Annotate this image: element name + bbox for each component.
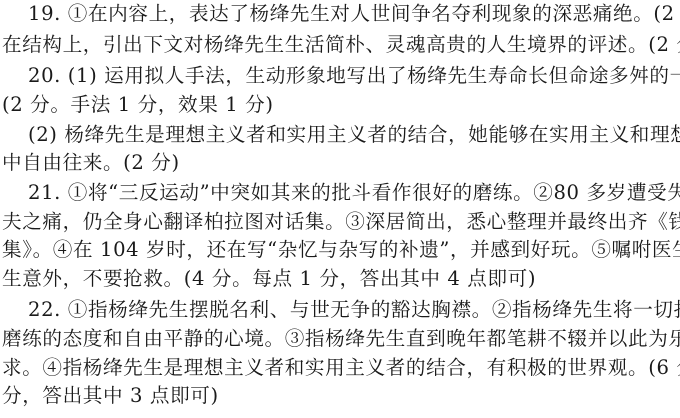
answer-20-part2-line-1: (2) 杨绛先生是理想主义者和实用主义者的结合，她能够在实用主义和理想主义 xyxy=(28,121,680,149)
answer-20-part1-line-1: 20. (1) 运用拟人手法，生动形象地写出了杨绛先生寿命长但命途多舛的一生。 xyxy=(28,62,680,90)
answer-22-line-3: 求。④指杨绛先生是理想主义者和实用主义者的结合，有积极的世界观。(6 分。每点 … xyxy=(2,354,680,382)
answer-19-line-2: 在结构上，引出下文对杨绛先生生活简朴、灵魂高贵的人生境界的评述。(2 分) xyxy=(2,31,680,59)
answer-19-line-1: 19. ①在内容上，表达了杨绛先生对人世间争名夺利现象的深恶痛绝。(2 分) ② xyxy=(28,0,680,28)
answer-22-line-2: 磨练的态度和自由平静的心境。③指杨绛先生直到晚年都笔耕不辍并以此为乐的价值追 xyxy=(2,325,680,353)
answer-21-line-3: 集》。④在 104 岁时，还在写“杂忆与杂写的补遗”，并感到好玩。⑤嘱咐医生，如… xyxy=(2,236,680,264)
answer-20-part2-line-2: 中自由往来。(2 分) xyxy=(2,149,180,177)
answer-22-line-1: 22. ①指杨绛先生摆脱名利、与世无争的豁达胸襟。②指杨绛先生将一切打击视为 xyxy=(28,296,680,324)
answer-21-line-1: 21. ①将“三反运动”中突如其来的批斗看作很好的磨练。②80 多岁遭受失女丧 xyxy=(28,179,680,207)
answer-21-line-4: 生意外，不要抢救。(4 分。每点 1 分，答出其中 4 点即可) xyxy=(2,265,536,293)
answer-21-line-2: 夫之痛，仍全身心翻译柏拉图对话集。③深居简出，悉心整理并最终出齐《钱锺书手稿 xyxy=(2,208,680,236)
answer-20-part1-line-2: (2 分。手法 1 分，效果 1 分) xyxy=(2,91,274,119)
answer-22-line-4: 分，答出其中 3 点即可) xyxy=(2,382,219,410)
